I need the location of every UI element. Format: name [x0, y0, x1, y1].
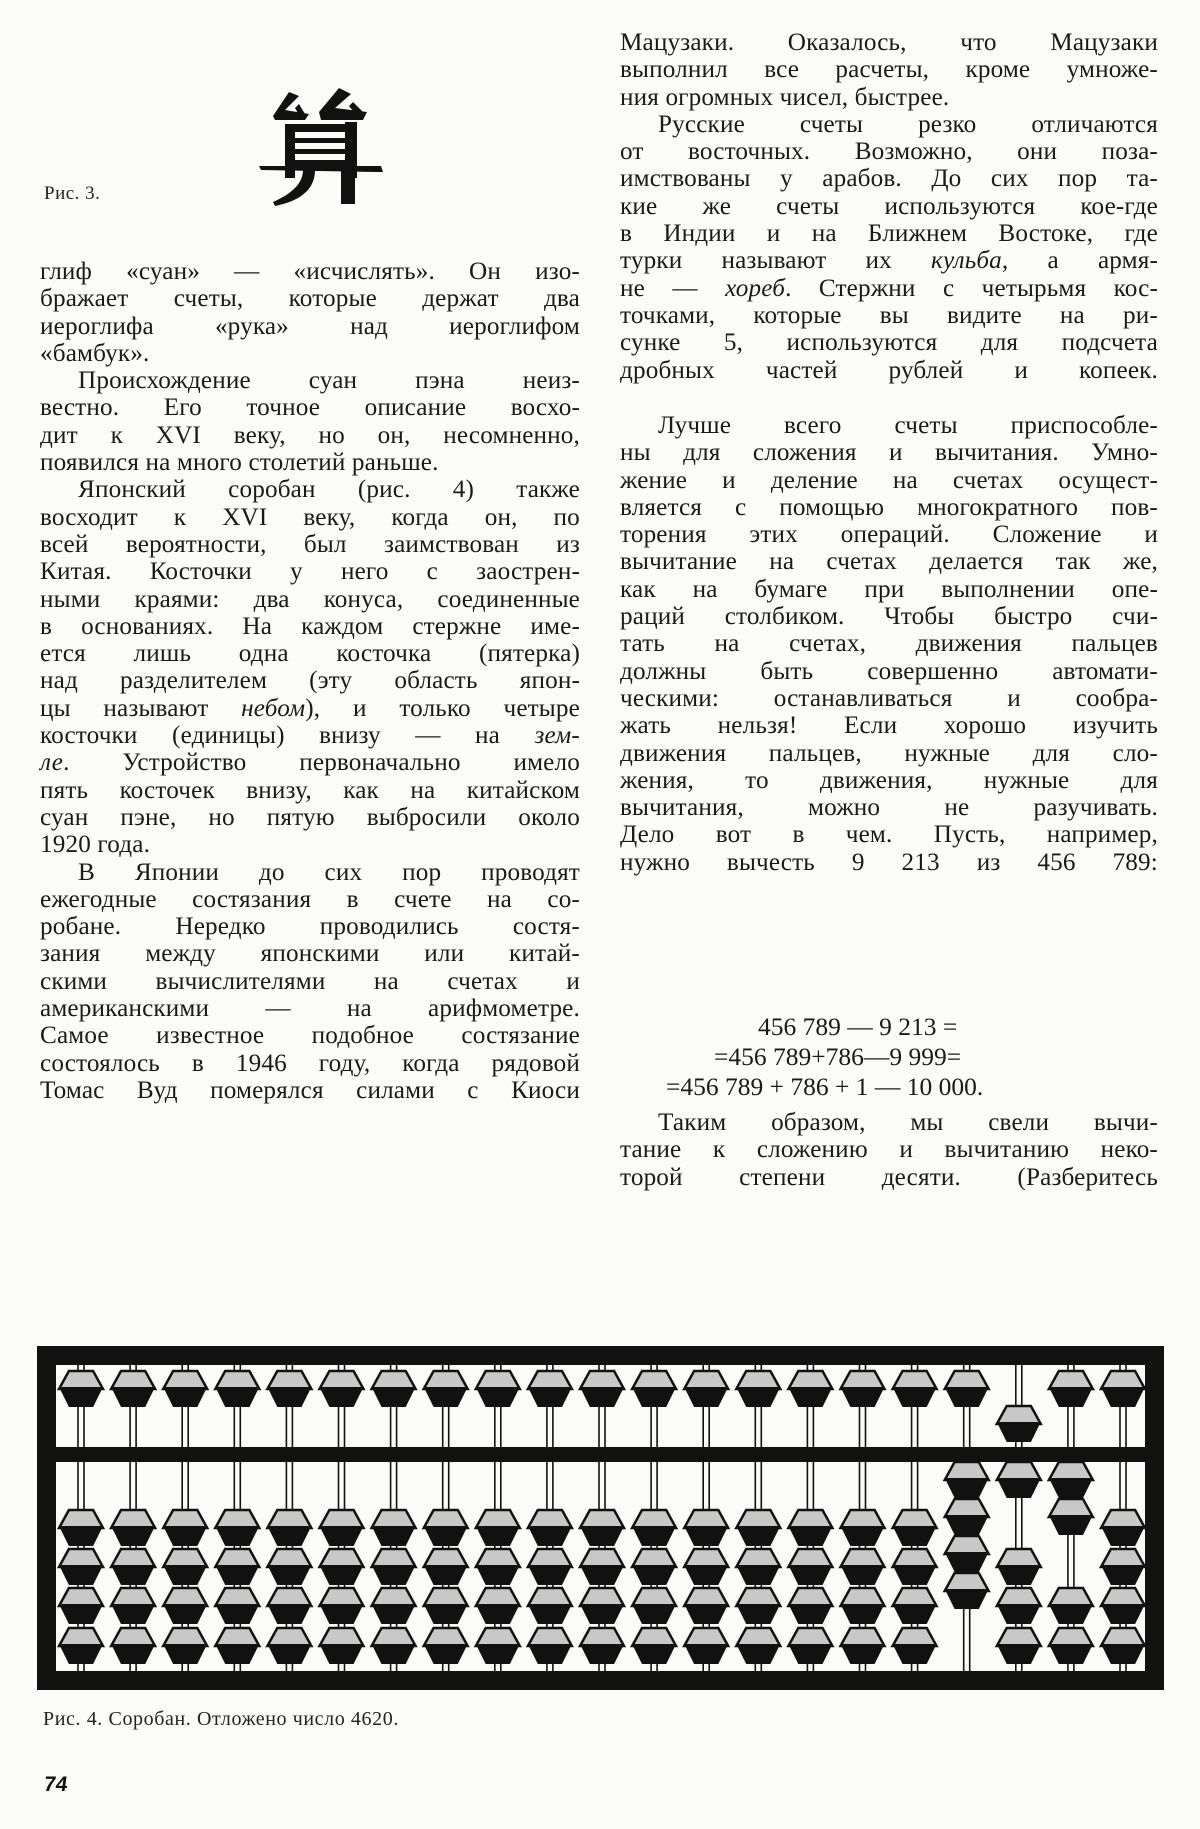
abacus-beam [37, 1447, 1164, 1462]
soroban-abacus-figure [0, 0, 1200, 1829]
page-number: 74 [42, 1773, 69, 1797]
figure-4-caption: Рис. 4. Соробан. Отложено число 4620. [43, 1708, 399, 1731]
